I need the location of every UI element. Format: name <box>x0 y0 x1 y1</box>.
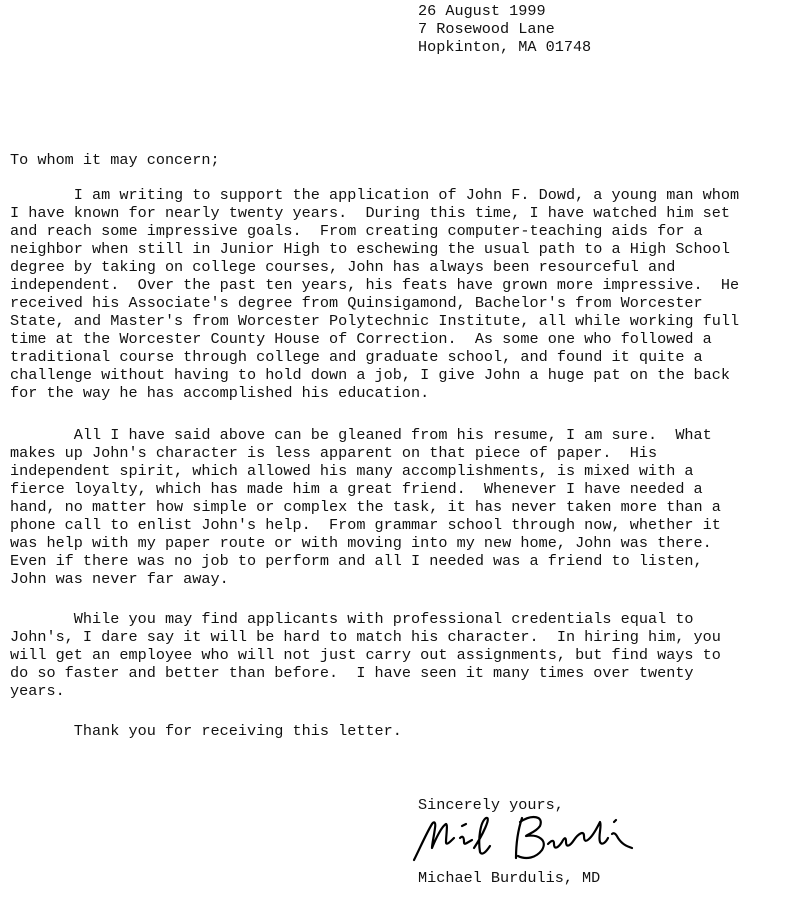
sender-address-line-1: 7 Rosewood Lane <box>418 20 591 38</box>
paragraph-line: hand, no matter how simple or complex th… <box>10 498 721 516</box>
paragraph-line: do so faster and better than before. I h… <box>10 664 721 682</box>
signer-name: Michael Burdulis, MD <box>418 869 600 887</box>
paragraph-line: independent. Over the past ten years, hi… <box>10 276 739 294</box>
paragraph-line: State, and Master's from Worcester Polyt… <box>10 312 739 330</box>
sender-address-line-2: Hopkinton, MA 01748 <box>418 38 591 56</box>
sender-header: 26 August 1999 7 Rosewood Lane Hopkinton… <box>418 2 591 56</box>
paragraph-line: challenge without having to hold down a … <box>10 366 739 384</box>
paragraph-line: degree by taking on college courses, Joh… <box>10 258 739 276</box>
paragraph-line: phone call to enlist John's help. From g… <box>10 516 721 534</box>
paragraph-line: makes up John's character is less appare… <box>10 444 721 462</box>
paragraph-line: I have known for nearly twenty years. Du… <box>10 204 739 222</box>
paragraph-line: received his Associate's degree from Qui… <box>10 294 739 312</box>
paragraph-line: I am writing to support the application … <box>10 186 739 204</box>
paragraph-line: years. <box>10 682 721 700</box>
paragraph-line: time at the Worcester County House of Co… <box>10 330 739 348</box>
paragraph-line: traditional course through college and g… <box>10 348 739 366</box>
salutation: To whom it may concern; <box>10 151 220 169</box>
paragraph-line: will get an employee who will not just c… <box>10 646 721 664</box>
paragraph-line: Thank you for receiving this letter. <box>10 722 402 740</box>
paragraph-3: While you may find applicants with profe… <box>10 610 721 700</box>
paragraph-line: fierce loyalty, which has made him a gre… <box>10 480 721 498</box>
paragraph-line: John's, I dare say it will be hard to ma… <box>10 628 721 646</box>
paragraph-line: neighbor when still in Junior High to es… <box>10 240 739 258</box>
paragraph-line: Even if there was no job to perform and … <box>10 552 721 570</box>
paragraph-line: independent spirit, which allowed his ma… <box>10 462 721 480</box>
paragraph-line: John was never far away. <box>10 570 721 588</box>
signature-icon <box>408 812 636 866</box>
paragraph-4: Thank you for receiving this letter. <box>10 722 402 740</box>
paragraph-line: and reach some impressive goals. From cr… <box>10 222 739 240</box>
paragraph-line: was help with my paper route or with mov… <box>10 534 721 552</box>
paragraph-line: All I have said above can be gleaned fro… <box>10 426 721 444</box>
paragraph-2: All I have said above can be gleaned fro… <box>10 426 721 588</box>
paragraph-line: for the way he has accomplished his educ… <box>10 384 739 402</box>
paragraph-1: I am writing to support the application … <box>10 186 739 402</box>
paragraph-line: While you may find applicants with profe… <box>10 610 721 628</box>
letter-date: 26 August 1999 <box>418 2 591 20</box>
